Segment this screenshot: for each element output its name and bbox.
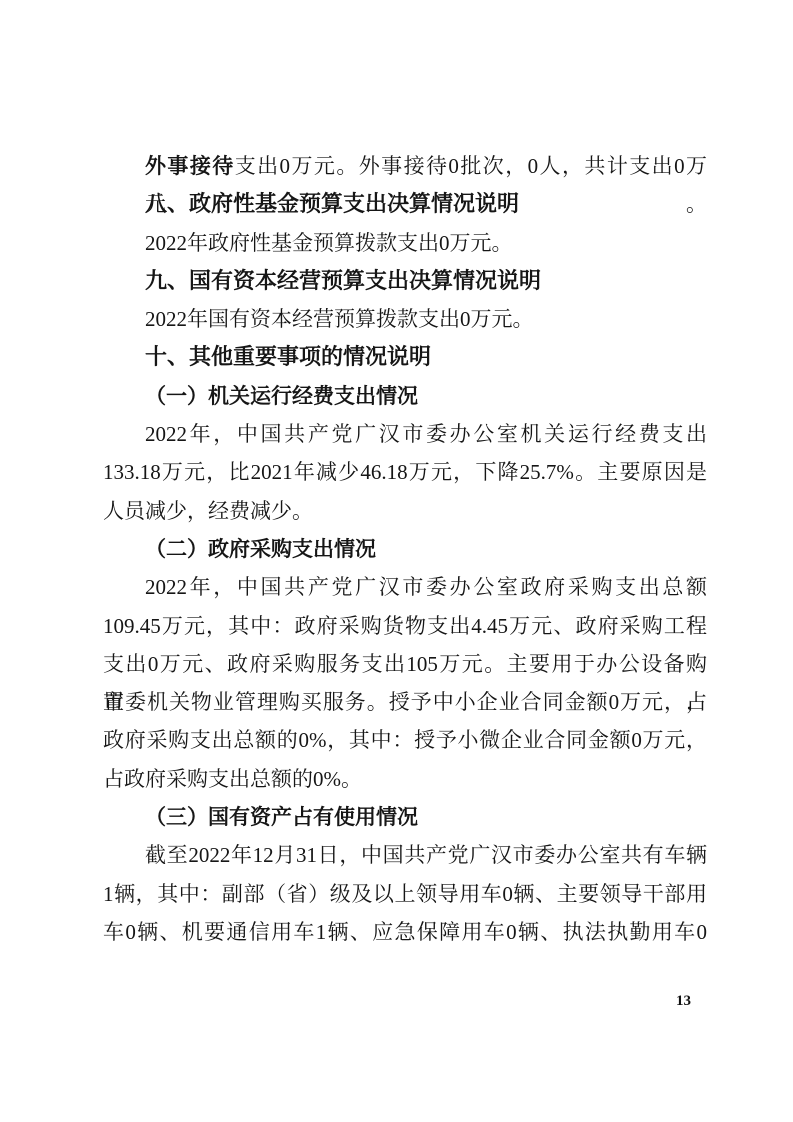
paragraph-line: 2022年国有资本经营预算拨款支出0万元。 bbox=[103, 300, 707, 338]
paragraph-line: 支出0万元、政府采购服务支出105万元。主要用于办公设备购置， bbox=[103, 645, 707, 683]
paragraph-line: 2022年政府性基金预算拨款支出0万元。 bbox=[103, 224, 707, 262]
paragraph-line: 截至2022年12月31日，中国共产党广汉市委办公室共有车辆 bbox=[103, 836, 707, 874]
bold-run: 外事接待 bbox=[145, 154, 235, 178]
subsection-heading-3: （三）国有资产占有使用情况 bbox=[103, 798, 707, 836]
paragraph-line: 2022年，中国共产党广汉市委办公室政府采购支出总额 bbox=[103, 568, 707, 606]
paragraph-line: 占政府采购支出总额的0%。 bbox=[103, 760, 707, 798]
document-body: 外事接待支出0万元。外事接待0批次，0人，共计支出0万元。 八、政府性基金预算支… bbox=[103, 147, 707, 951]
subsection-heading-2: （二）政府采购支出情况 bbox=[103, 530, 707, 568]
paragraph-line: 2022年，中国共产党广汉市委办公室机关运行经费支出 bbox=[103, 415, 707, 453]
paragraph-line: 市委机关物业管理购买服务。授予中小企业合同金额0万元，占 bbox=[103, 683, 707, 721]
document-page: 外事接待支出0万元。外事接待0批次，0人，共计支出0万元。 八、政府性基金预算支… bbox=[0, 0, 793, 1122]
paragraph-line: 外事接待支出0万元。外事接待0批次，0人，共计支出0万元。 bbox=[103, 147, 707, 185]
section-heading-10: 十、其他重要事项的情况说明 bbox=[103, 338, 707, 376]
paragraph-line: 人员减少，经费减少。 bbox=[103, 492, 707, 530]
subsection-heading-1: （一）机关运行经费支出情况 bbox=[103, 377, 707, 415]
paragraph-line: 109.45万元，其中：政府采购货物支出4.45万元、政府采购工程 bbox=[103, 607, 707, 645]
section-heading-9: 九、国有资本经营预算支出决算情况说明 bbox=[103, 262, 707, 300]
paragraph-line: 133.18万元，比2021年减少46.18万元，下降25.7%。主要原因是 bbox=[103, 453, 707, 491]
paragraph-line: 1辆，其中：副部（省）级及以上领导用车0辆、主要领导干部用 bbox=[103, 875, 707, 913]
paragraph-line: 车0辆、机要通信用车1辆、应急保障用车0辆、执法执勤用车0 bbox=[103, 913, 707, 951]
page-number: 13 bbox=[676, 993, 691, 1010]
paragraph-line: 政府采购支出总额的0%，其中：授予小微企业合同金额0万元， bbox=[103, 721, 707, 759]
